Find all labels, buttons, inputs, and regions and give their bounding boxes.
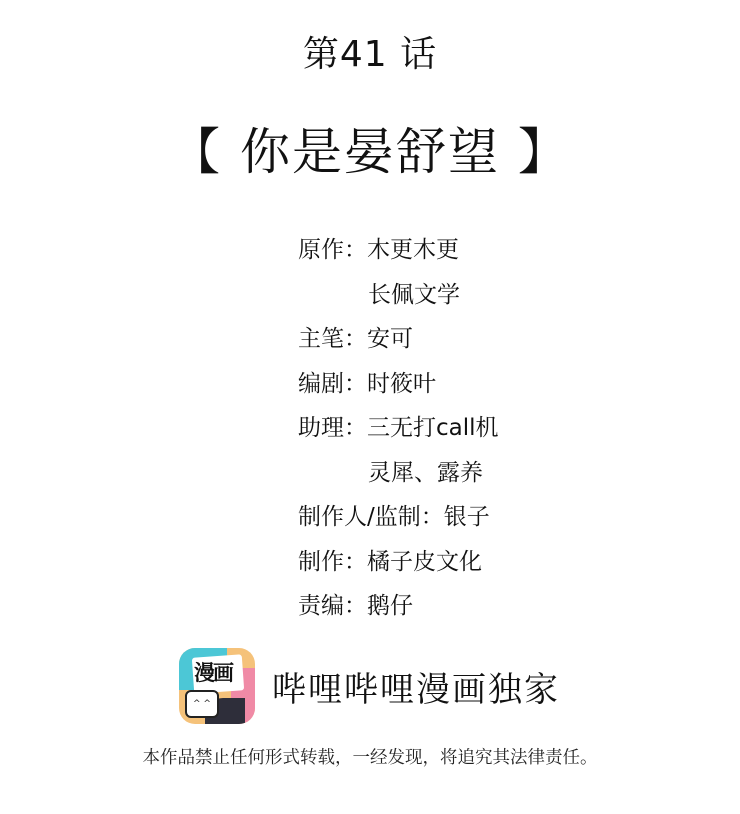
credit-row-production: 制作：橘子皮文化 xyxy=(298,544,618,589)
credit-role: 原作 xyxy=(298,237,344,263)
copyright-notice: 本作品禁止任何形式转载，一经发现，将追究其法律责任。 xyxy=(0,744,740,769)
credit-row-artist: 主笔：安可 xyxy=(298,321,618,366)
credits-list: 原作：木更木更 长佩文学 主笔：安可 编剧：时筱叶 助理：三无打call机 灵犀… xyxy=(298,232,618,633)
credit-name: 鹅仔 xyxy=(367,593,413,619)
credit-name: 长佩文学 xyxy=(368,282,460,308)
credit-name: 灵犀、露养 xyxy=(368,460,483,486)
credit-role: 编剧 xyxy=(298,371,344,397)
tv-mascot-icon: ^ ^ xyxy=(185,690,219,718)
chapter-title: 【 你是晏舒望 】 xyxy=(0,112,740,184)
credit-row-editor: 责编：鹅仔 xyxy=(298,588,618,633)
credit-row-assistant: 助理：三无打call机 xyxy=(298,410,618,455)
credit-name: 时筱叶 xyxy=(367,371,436,397)
credit-separator: ： xyxy=(344,237,367,263)
brand-badge: 漫画 ^ ^ 哔哩哔哩漫画独家 xyxy=(179,648,560,724)
credit-name: 木更木更 xyxy=(367,237,459,263)
credit-row-writer: 编剧：时筱叶 xyxy=(298,366,618,411)
credit-row-original: 原作：木更木更 xyxy=(298,232,618,277)
credit-name: 三无打call机 xyxy=(367,415,499,441)
credit-separator: ： xyxy=(421,504,444,530)
credit-separator: ： xyxy=(344,593,367,619)
credit-role: 责编 xyxy=(298,593,344,619)
bilibili-comics-app-icon: 漫画 ^ ^ xyxy=(179,648,255,724)
credit-role: 制作 xyxy=(298,549,344,575)
credit-role: 主笔 xyxy=(298,326,344,352)
credit-separator: ： xyxy=(344,326,367,352)
credit-name: 橘子皮文化 xyxy=(367,549,482,575)
credit-separator: ： xyxy=(344,549,367,575)
credit-row-producer: 制作人/监制：银子 xyxy=(298,499,618,544)
brand-exclusive-text: 哔哩哔哩漫画独家 xyxy=(272,662,560,711)
chapter-number: 第41 话 xyxy=(0,26,740,77)
credit-row-original-cont: 长佩文学 xyxy=(298,277,618,322)
credit-role: 助理 xyxy=(298,415,344,441)
credit-row-assistant-cont: 灵犀、露养 xyxy=(298,455,618,500)
credit-separator: ： xyxy=(344,371,367,397)
credit-separator: ： xyxy=(344,415,367,441)
icon-manhua-glyph: 漫画 xyxy=(194,657,232,687)
credit-name: 安可 xyxy=(367,326,413,352)
credit-role: 制作人/监制 xyxy=(298,504,421,530)
credit-name: 银子 xyxy=(444,504,490,530)
